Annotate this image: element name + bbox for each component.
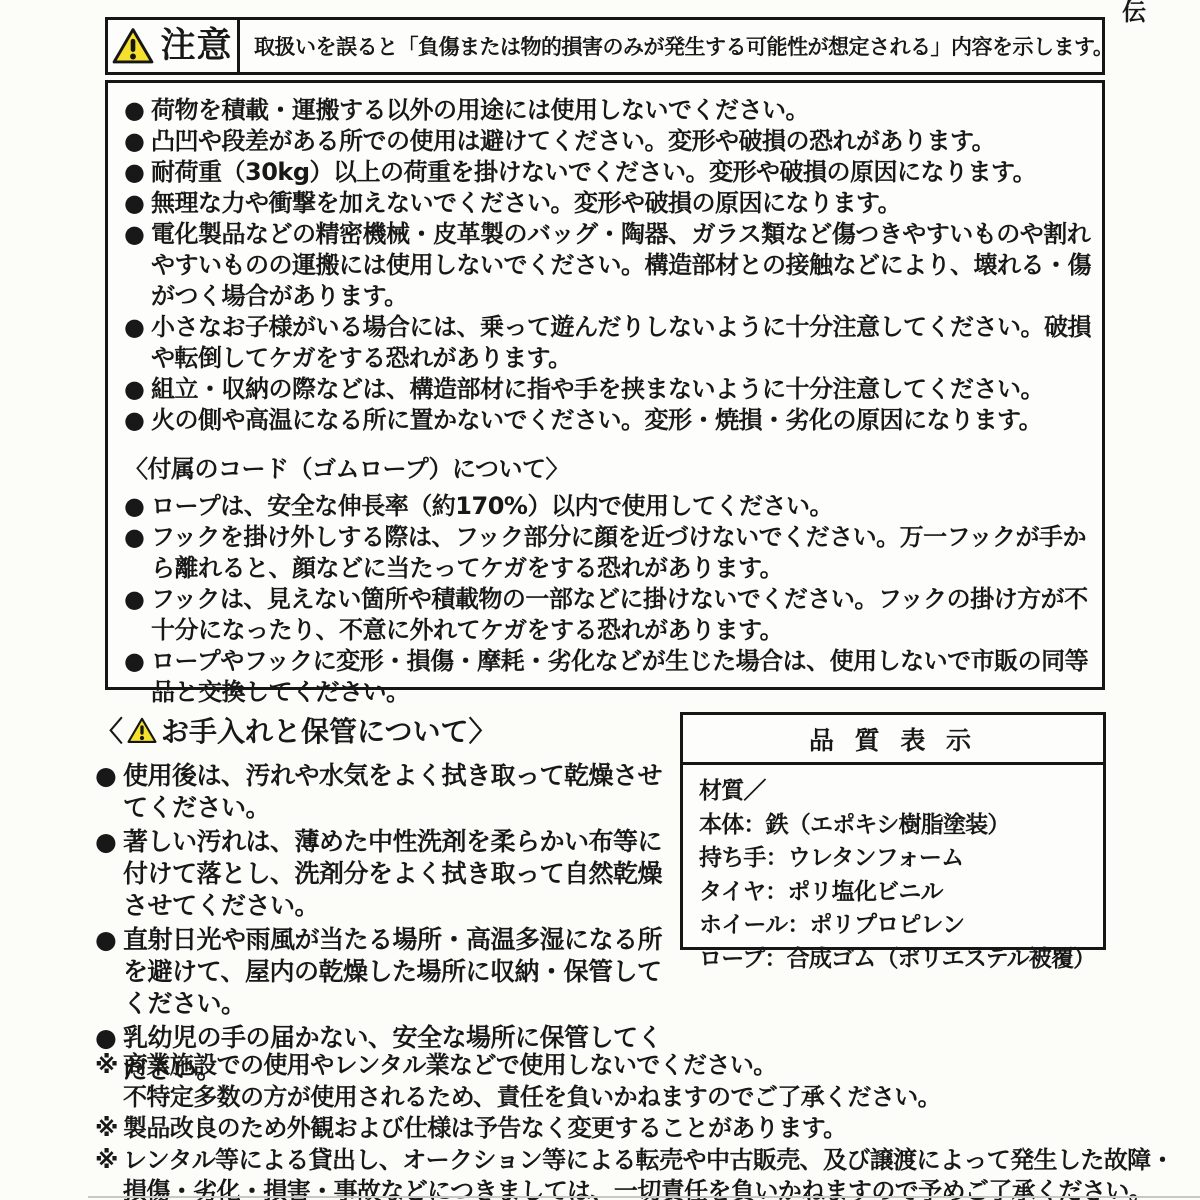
warning-item: ● 耐荷重（30kg）以上の荷重を掛けないでください。変形や破損の原因になります…	[124, 157, 1092, 188]
bullet-icon: ●	[124, 405, 151, 436]
warning-text: 荷物を積載・運搬する以外の用途には使用しないでください。	[151, 95, 1092, 126]
bullet-icon: ●	[124, 374, 151, 405]
bullet-icon: ●	[124, 157, 151, 188]
footnote-item: ※ 商業施設での使用やレンタル業などで使用しないでください。	[95, 1050, 1195, 1082]
bullet-icon: ●	[124, 126, 151, 157]
warning-text: 火の側や高温になる所に置かないでください。変形・焼損・劣化の原因になります。	[151, 405, 1092, 436]
bullet-icon: ●	[124, 522, 151, 584]
warning-item: ● 小さなお子様がいる場合には、乗って遊んだりしないように十分注意してください。…	[124, 312, 1092, 374]
warning-text: フックは、見えない箇所や積載物の一部などに掛けないでください。フックの掛け方が不…	[151, 584, 1092, 646]
material-row: タイヤ：ポリ塩化ビニル	[699, 876, 1093, 910]
warning-text: 小さなお子様がいる場合には、乗って遊んだりしないように十分注意してください。破損…	[151, 312, 1092, 374]
footnote-item: ※ 製品改良のため外観および仕様は予告なく変更することがあります。	[95, 1113, 1195, 1145]
bullet-icon: ●	[124, 491, 151, 522]
material-row: ロープ：合成ゴム（ポリエステル被覆）	[699, 943, 1093, 977]
bullet-icon: ●	[124, 646, 151, 708]
warning-text: 組立・収納の際などは、構造部材に指や手を挟まないように十分注意してください。	[151, 374, 1092, 405]
material-row: 本体：鉄（エポキシ樹脂塗装）	[699, 809, 1093, 843]
care-text: 直射日光や雨風が当たる場所・高温多湿になる所を避けて、屋内の乾燥した場所に収納・…	[123, 924, 673, 1020]
bullet-icon: ●	[95, 760, 123, 824]
bracket-open: 〈	[95, 710, 123, 750]
quality-table-body: 材質／ 本体：鉄（エポキシ樹脂塗装） 持ち手：ウレタンフォーム タイヤ：ポリ塩化…	[683, 765, 1103, 976]
warning-text: 電化製品などの精密機械・皮革製のバッグ・陶器、ガラス類など傷つきやすいものや割れ…	[151, 219, 1092, 312]
footnote-text: レンタル等による貸出し、オークション等による転売や中古販売、及び譲渡によって発生…	[123, 1145, 1195, 1200]
asterisk-marker	[95, 1082, 123, 1114]
warning-item: ● 火の側や高温になる所に置かないでください。変形・焼損・劣化の原因になります。	[124, 405, 1092, 436]
asterisk-marker: ※	[95, 1145, 123, 1200]
warning-text: 耐荷重（30kg）以上の荷重を掛けないでください。変形や破損の原因になります。	[151, 157, 1092, 188]
cord-warning-item: ● フックを掛け外しする際は、フック部分に顔を近づけないでください。万一フックが…	[124, 522, 1092, 584]
warning-triangle-icon	[127, 717, 157, 744]
care-title-text: お手入れと保管について	[161, 710, 468, 750]
cord-warning-item: ● フックは、見えない箇所や積載物の一部などに掛けないでください。フックの掛け方…	[124, 584, 1092, 646]
quality-table-title: 品 質 表 示	[683, 715, 1103, 765]
caution-label-text: 注意	[160, 29, 232, 64]
footnote-item: 不特定多数の方が使用されるため、責任を負いかねますのでご了承ください。	[95, 1082, 1195, 1114]
warnings-box: ● 荷物を積載・運搬する以外の用途には使用しないでください。 ● 凸凹や段差があ…	[105, 80, 1105, 690]
footnote-text: 製品改良のため外観および仕様は予告なく変更することがあります。	[123, 1113, 1195, 1145]
caution-description: 取扱いを誤ると「負傷または物的損害のみが発生する可能性が想定される」内容を示しま…	[240, 20, 1123, 72]
bullet-icon: ●	[124, 95, 151, 126]
asterisk-marker: ※	[95, 1113, 123, 1145]
care-text: 著しい汚れは、薄めた中性洗剤を柔らかい布等に付けて落とし、洗剤分をよく拭き取って…	[123, 826, 673, 922]
warning-item: ● 凸凹や段差がある所での使用は避けてください。変形や破損の恐れがあります。	[124, 126, 1092, 157]
warning-item: ● 組立・収納の際などは、構造部材に指や手を挟まないように十分注意してください。	[124, 374, 1092, 405]
material-row: 材質／	[699, 775, 1093, 809]
care-text: 使用後は、汚れや水気をよく拭き取って乾燥させてください。	[123, 760, 673, 824]
material-row: ホイール：ポリプロピレン	[699, 909, 1093, 943]
material-row: 持ち手：ウレタンフォーム	[699, 842, 1093, 876]
bullet-icon: ●	[124, 312, 151, 374]
cord-warning-item: ● ロープやフックに変形・損傷・摩耗・劣化などが生じた場合は、使用しないで市販の…	[124, 646, 1092, 708]
care-item: ● 直射日光や雨風が当たる場所・高温多湿になる所を避けて、屋内の乾燥した場所に収…	[95, 924, 673, 1020]
caution-label: 注意	[108, 20, 240, 72]
warning-item: ● 荷物を積載・運搬する以外の用途には使用しないでください。	[124, 95, 1092, 126]
warning-text: ロープは、安全な伸長率（約170%）以内で使用してください。	[151, 491, 1092, 522]
care-item: ● 使用後は、汚れや水気をよく拭き取って乾燥させてください。	[95, 760, 673, 824]
footnote-item: ※ レンタル等による貸出し、オークション等による転売や中古販売、及び譲渡によって…	[95, 1145, 1195, 1200]
bullet-icon: ●	[95, 826, 123, 922]
footnote-text: 商業施設での使用やレンタル業などで使用しないでください。	[123, 1050, 1195, 1082]
bracket-close: 〉	[468, 710, 496, 750]
footnote-text: 不特定多数の方が使用されるため、責任を負いかねますのでご了承ください。	[123, 1082, 1195, 1114]
warning-text: 凸凹や段差がある所での使用は避けてください。変形や破損の恐れがあります。	[151, 126, 1092, 157]
asterisk-marker: ※	[95, 1050, 123, 1082]
warning-text: フックを掛け外しする際は、フック部分に顔を近づけないでください。万一フックが手か…	[151, 522, 1092, 584]
quality-table: 品 質 表 示 材質／ 本体：鉄（エポキシ樹脂塗装） 持ち手：ウレタンフォーム …	[680, 712, 1106, 950]
warning-text: 無理な力や衝撃を加えないでください。変形や破損の原因になります。	[151, 188, 1092, 219]
cord-warning-item: ● ロープは、安全な伸長率（約170%）以内で使用してください。	[124, 491, 1092, 522]
bullet-icon: ●	[95, 924, 123, 1020]
cord-section-title: 〈付属のコード（ゴムロープ）について〉	[124, 449, 1092, 484]
footnotes: ※ 商業施設での使用やレンタル業などで使用しないでください。 不特定多数の方が使…	[95, 1050, 1195, 1200]
bullet-icon: ●	[124, 584, 151, 646]
scan-artifact-line	[88, 1196, 1200, 1198]
warning-item: ● 電化製品などの精密機械・皮革製のバッグ・陶器、ガラス類など傷つきやすいものや…	[124, 219, 1092, 312]
scan-artifact-text: 伝	[1122, 0, 1146, 27]
care-section: 〈 お手入れと保管について 〉 ● 使用後は、汚れや水気をよく拭き取って乾燥させ…	[95, 710, 673, 1088]
care-section-title: 〈 お手入れと保管について 〉	[95, 710, 673, 750]
warning-text: ロープやフックに変形・損傷・摩耗・劣化などが生じた場合は、使用しないで市販の同等…	[151, 646, 1092, 708]
warning-item: ● 無理な力や衝撃を加えないでください。変形や破損の原因になります。	[124, 188, 1092, 219]
caution-header: 注意 取扱いを誤ると「負傷または物的損害のみが発生する可能性が想定される」内容を…	[105, 17, 1105, 75]
bullet-icon: ●	[124, 219, 151, 312]
bullet-icon: ●	[124, 188, 151, 219]
warning-triangle-icon	[112, 27, 154, 65]
care-item: ● 著しい汚れは、薄めた中性洗剤を柔らかい布等に付けて落とし、洗剤分をよく拭き取…	[95, 826, 673, 922]
